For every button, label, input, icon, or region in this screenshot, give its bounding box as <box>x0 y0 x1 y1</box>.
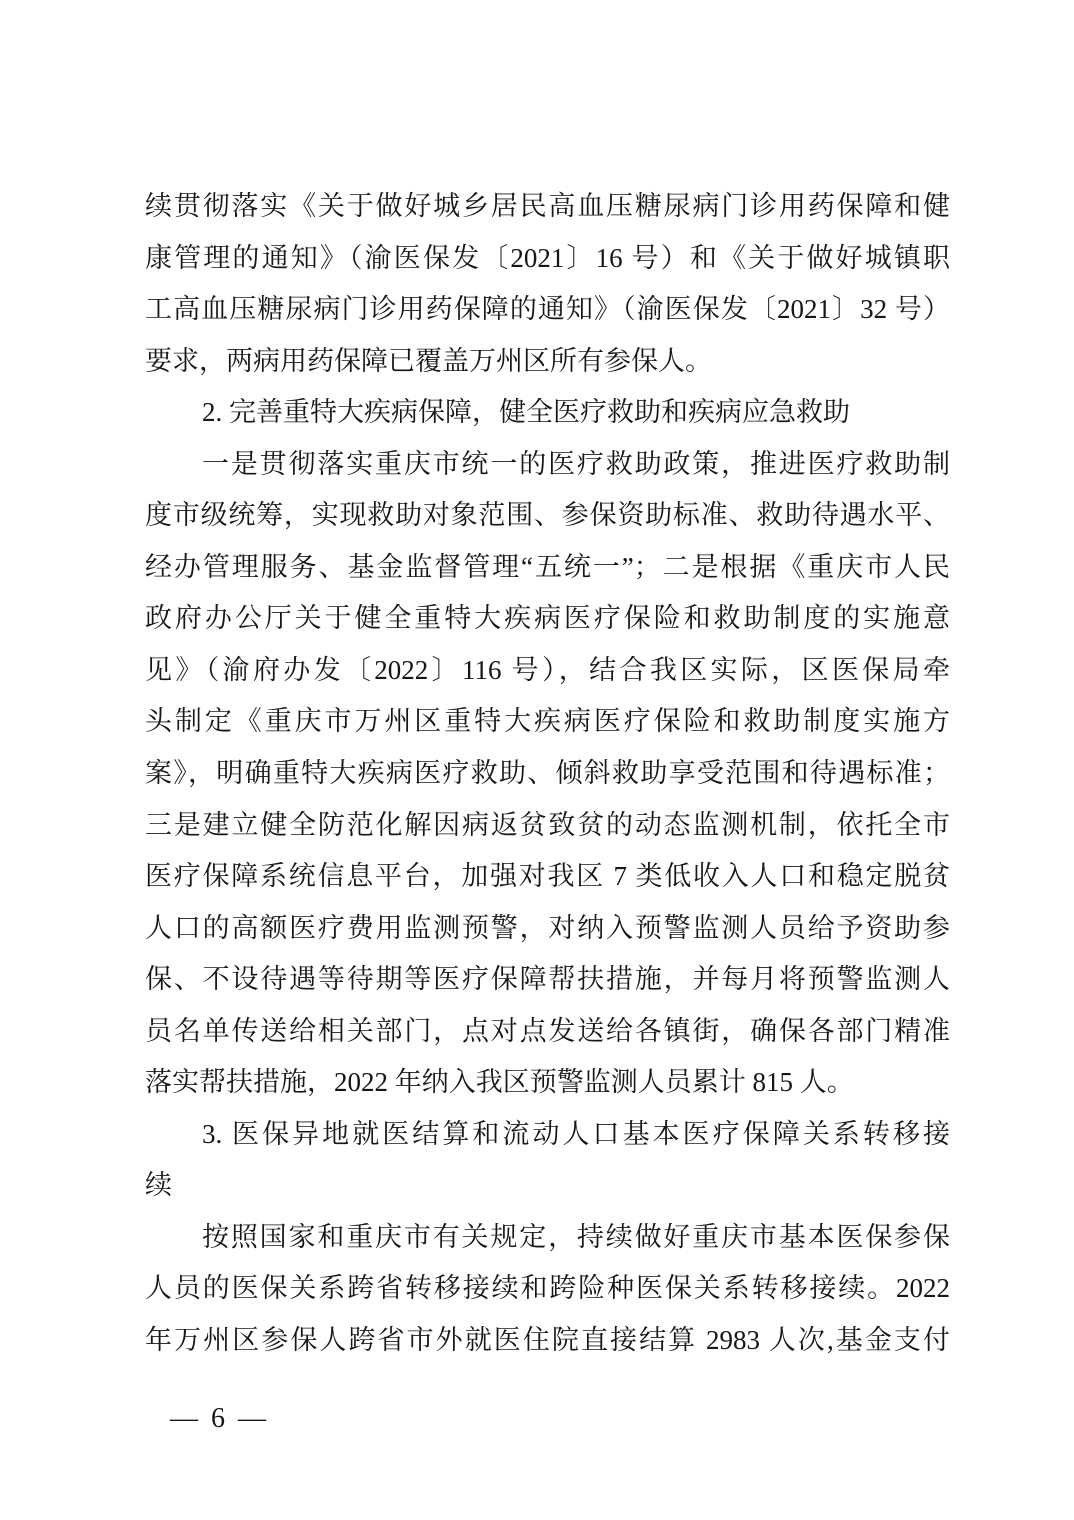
text-line: 康管理的通知》（渝医保发〔2021〕16 号）和《关于做好城镇职 <box>145 233 950 285</box>
text-line: 2. 完善重特大疾病保障，健全医疗救助和疾病应急救助 <box>145 387 950 439</box>
text-line: 落实帮扶措施，2022 年纳入我区预警监测人员累计 815 人。 <box>145 1057 950 1109</box>
text-line: 续 <box>145 1160 950 1212</box>
text-line: 见》（渝府办发〔2022〕116 号），结合我区实际，区医保局牵 <box>145 645 950 697</box>
text-line: 三是建立健全防范化解因病返贫致贫的动态监测机制，依托全市 <box>145 800 950 852</box>
page-number: — 6 — <box>170 1399 269 1439</box>
text-line: 一是贯彻落实重庆市统一的医疗救助政策，推进医疗救助制 <box>145 439 950 491</box>
text-line: 案》，明确重特大疾病医疗救助、倾斜救助享受范围和待遇标准； <box>145 748 950 800</box>
text-line: 保、不设待遇等待期等医疗保障帮扶措施，并每月将预警监测人 <box>145 954 950 1006</box>
text-line: 3. 医保异地就医结算和流动人口基本医疗保障关系转移接 <box>145 1109 950 1161</box>
text-line: 度市级统筹，实现救助对象范围、参保资助标准、救助待遇水平、 <box>145 490 950 542</box>
document-page: 续贯彻落实《关于做好城乡居民高血压糖尿病门诊用药保障和健康管理的通知》（渝医保发… <box>0 0 1074 1520</box>
text-line: 人员的医保关系跨省转移接续和跨险种医保关系转移接续。2022 <box>145 1263 950 1315</box>
text-line: 要求，两病用药保障已覆盖万州区所有参保人。 <box>145 336 950 388</box>
text-line: 政府办公厅关于健全重特大疾病医疗保险和救助制度的实施意 <box>145 593 950 645</box>
text-line: 员名单传送给相关部门，点对点发送给各镇街，确保各部门精准 <box>145 1006 950 1058</box>
text-line: 年万州区参保人跨省市外就医住院直接结算 2983 人次,基金支付 <box>145 1315 950 1367</box>
text-line: 工高血压糖尿病门诊用药保障的通知》（渝医保发〔2021〕32 号） <box>145 284 950 336</box>
text-line: 人口的高额医疗费用监测预警，对纳入预警监测人员给予资助参 <box>145 903 950 955</box>
text-line: 经办管理服务、基金监督管理“五统一”；二是根据《重庆市人民 <box>145 542 950 594</box>
text-line: 医疗保障系统信息平台，加强对我区 7 类低收入人口和稳定脱贫 <box>145 851 950 903</box>
text-line: 按照国家和重庆市有关规定，持续做好重庆市基本医保参保 <box>145 1212 950 1264</box>
document-body: 续贯彻落实《关于做好城乡居民高血压糖尿病门诊用药保障和健康管理的通知》（渝医保发… <box>145 181 950 1367</box>
text-line: 续贯彻落实《关于做好城乡居民高血压糖尿病门诊用药保障和健 <box>145 181 950 233</box>
text-line: 头制定《重庆市万州区重特大疾病医疗保险和救助制度实施方 <box>145 696 950 748</box>
